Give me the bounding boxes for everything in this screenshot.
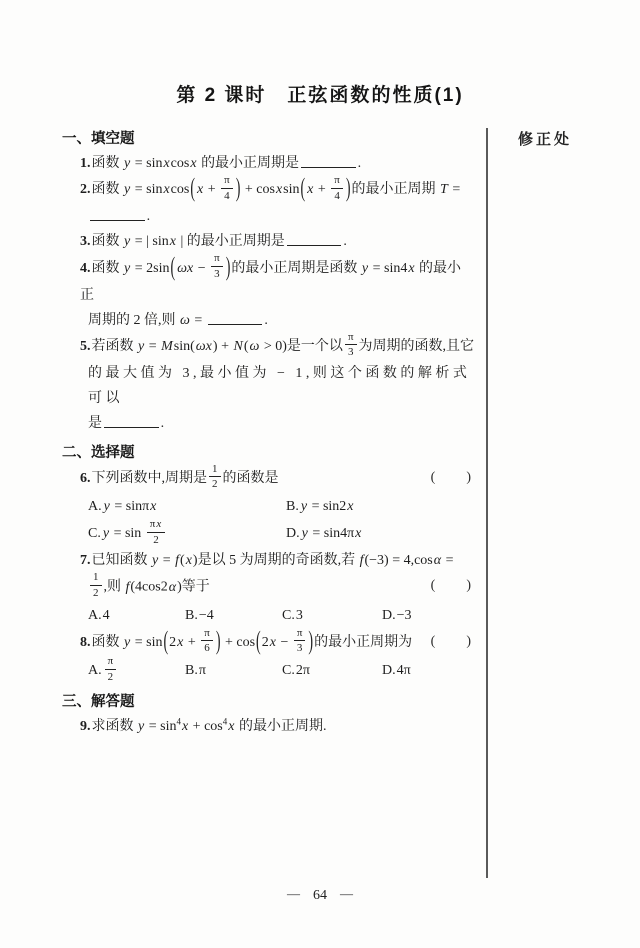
option-text: −3 bbox=[397, 608, 412, 623]
question-number: 6. bbox=[80, 471, 92, 486]
content-column: 一、填空题 1.函数 y = sinxcosx 的最小正周期是. 2.函数 y … bbox=[62, 122, 474, 739]
answer-bracket: ( ) bbox=[431, 629, 474, 654]
page-number-dash: — bbox=[327, 886, 366, 901]
question-line: 9.求函数 y = sin4x + cos4x 的最小正周期. bbox=[62, 714, 474, 739]
question-8: 8.函数 y = sin(2x + π6) + cos(2x − π3)的最小正… bbox=[62, 629, 474, 686]
option-text: π bbox=[199, 663, 206, 678]
question-number: 2. bbox=[80, 182, 92, 197]
option-text: 3 bbox=[296, 608, 303, 623]
question-number: 3. bbox=[80, 234, 92, 249]
option-text: y = sinπx bbox=[103, 499, 158, 514]
question-text: 8.函数 y = sin(2x + π6) + cos(2x − π3)的最小正… bbox=[80, 629, 412, 657]
question-line: 的最大值为 3,最小值为 − 1,则这个函数的解析式可以 bbox=[62, 361, 474, 411]
question-text: 若函数 y = Msin(ωx) + N(ω > 0)是一个以π3为周期的函数,… bbox=[92, 339, 475, 354]
option-label: B. bbox=[185, 663, 199, 678]
options-grid: A.4 B.−4 C.3 D.−3 bbox=[62, 602, 474, 629]
option-label: A. bbox=[88, 608, 103, 623]
option-label: C. bbox=[282, 663, 296, 678]
option-label: C. bbox=[282, 608, 296, 623]
section-header-fill-in: 一、填空题 bbox=[62, 127, 474, 148]
option-text: π2 bbox=[103, 663, 119, 678]
option-text: y = sin4πx bbox=[301, 526, 363, 541]
option-label: D. bbox=[286, 526, 301, 541]
question-text: 6.下列函数中,周期是12的函数是 bbox=[80, 465, 279, 493]
question-6: 6.下列函数中,周期是12的函数是 ( ) A.y = sinπx B.y = … bbox=[62, 465, 474, 549]
option-label: C. bbox=[88, 526, 102, 541]
page-number-value: 64 bbox=[313, 888, 327, 903]
question-text: 函数 y = 2sin(ωx − π3)的最小正周期是函数 y = sin4x … bbox=[80, 261, 461, 303]
question-line: . bbox=[62, 204, 474, 229]
question-line: 周期的 2 倍,则 ω = . bbox=[62, 308, 474, 333]
question-text: 已知函数 y = f(x)是以 5 为周期的奇函数,若 f(−3) = 4,co… bbox=[92, 553, 454, 568]
question-5: 5.若函数 y = Msin(ωx) + N(ω > 0)是一个以π3为周期的函… bbox=[62, 333, 474, 436]
section-header-multiple-choice: 二、选择题 bbox=[62, 441, 474, 462]
question-stem: 下列函数中,周期是12的函数是 bbox=[92, 471, 279, 486]
question-line: 6.下列函数中,周期是12的函数是 ( ) bbox=[62, 465, 474, 493]
question-line: 2.函数 y = sinxcos(x + π4) + cosxsin(x + π… bbox=[62, 176, 474, 204]
question-3: 3.函数 y = | sinx | 的最小正周期是. bbox=[62, 229, 474, 254]
question-line: 7.已知函数 y = f(x)是以 5 为周期的奇函数,若 f(−3) = 4,… bbox=[62, 548, 474, 573]
option-b: B.y = sin2x bbox=[286, 493, 474, 520]
option-text: −4 bbox=[199, 608, 214, 623]
question-number: 9. bbox=[80, 719, 92, 734]
option-text: y = sin2x bbox=[300, 499, 355, 514]
question-7: 7.已知函数 y = f(x)是以 5 为周期的奇函数,若 f(−3) = 4,… bbox=[62, 548, 474, 628]
question-number: 1. bbox=[80, 156, 92, 171]
question-number: 5. bbox=[80, 339, 92, 354]
option-a: A.4 bbox=[88, 602, 185, 629]
question-line: 3.函数 y = | sinx | 的最小正周期是. bbox=[62, 229, 474, 254]
option-d: D.y = sin4πx bbox=[286, 520, 474, 548]
worksheet-page: 第 2 课时 正弦函数的性质(1) 修正处 一、填空题 1.函数 y = sin… bbox=[0, 0, 640, 948]
question-text: 函数 y = sinxcosx 的最小正周期是. bbox=[92, 156, 362, 171]
option-c: C.2π bbox=[282, 657, 382, 685]
question-line: 1.函数 y = sinxcosx 的最小正周期是. bbox=[62, 151, 474, 176]
option-label: A. bbox=[88, 499, 103, 514]
page-number: —64— bbox=[0, 886, 640, 904]
option-text: 4 bbox=[103, 608, 110, 623]
options-grid: A.π2 B.π C.2π D.4π bbox=[62, 657, 474, 685]
question-text: 函数 y = sinxcos(x + π4) + cosxsin(x + π4)… bbox=[92, 182, 461, 197]
question-4: 4.函数 y = 2sin(ωx − π3)的最小正周期是函数 y = sin4… bbox=[62, 254, 474, 332]
question-line: 5.若函数 y = Msin(ωx) + N(ω > 0)是一个以π3为周期的函… bbox=[62, 333, 474, 361]
question-number: 7. bbox=[80, 553, 92, 568]
option-a: A.y = sinπx bbox=[88, 493, 286, 520]
correction-divider-line bbox=[486, 128, 488, 878]
question-line: 8.函数 y = sin(2x + π6) + cos(2x − π3)的最小正… bbox=[62, 629, 474, 657]
option-text: y = sin πx2 bbox=[102, 526, 167, 541]
answer-bracket: ( ) bbox=[431, 465, 474, 490]
question-stem: 函数 y = sin(2x + π6) + cos(2x − π3)的最小正周期… bbox=[92, 635, 413, 650]
question-2: 2.函数 y = sinxcos(x + π4) + cosxsin(x + π… bbox=[62, 176, 474, 229]
option-b: B.π bbox=[185, 657, 282, 685]
option-label: B. bbox=[286, 499, 300, 514]
answer-bracket: ( ) bbox=[431, 573, 474, 598]
option-label: A. bbox=[88, 663, 103, 678]
option-label: D. bbox=[382, 663, 397, 678]
question-line: 12,则 f(4cos2α)等于 ( ) bbox=[62, 573, 474, 601]
question-line: 4.函数 y = 2sin(ωx − π3)的最小正周期是函数 y = sin4… bbox=[62, 254, 474, 307]
option-d: D.−3 bbox=[382, 602, 474, 629]
question-9: 9.求函数 y = sin4x + cos4x 的最小正周期. bbox=[62, 714, 474, 739]
page-title: 第 2 课时 正弦函数的性质(1) bbox=[0, 0, 640, 107]
option-label: B. bbox=[185, 608, 199, 623]
question-number: 8. bbox=[80, 635, 92, 650]
option-label: D. bbox=[382, 608, 397, 623]
question-line: 是. bbox=[62, 411, 474, 436]
page-number-dash: — bbox=[274, 886, 313, 901]
option-d: D.4π bbox=[382, 657, 474, 685]
option-b: B.−4 bbox=[185, 602, 282, 629]
option-a: A.π2 bbox=[88, 657, 185, 685]
option-text: 4π bbox=[397, 663, 411, 678]
question-text: 求函数 y = sin4x + cos4x 的最小正周期. bbox=[92, 719, 327, 734]
section-header-free-response: 三、解答题 bbox=[62, 690, 474, 711]
correction-area-label: 修正处 bbox=[518, 128, 572, 149]
question-1: 1.函数 y = sinxcosx 的最小正周期是. bbox=[62, 151, 474, 176]
options-grid: A.y = sinπx B.y = sin2x C.y = sin πx2 D.… bbox=[62, 493, 474, 548]
option-c: C.3 bbox=[282, 602, 382, 629]
option-c: C.y = sin πx2 bbox=[88, 520, 286, 548]
question-text: 12,则 f(4cos2α)等于 bbox=[88, 573, 210, 601]
question-number: 4. bbox=[80, 261, 92, 276]
question-text: 函数 y = | sinx | 的最小正周期是. bbox=[92, 234, 347, 249]
